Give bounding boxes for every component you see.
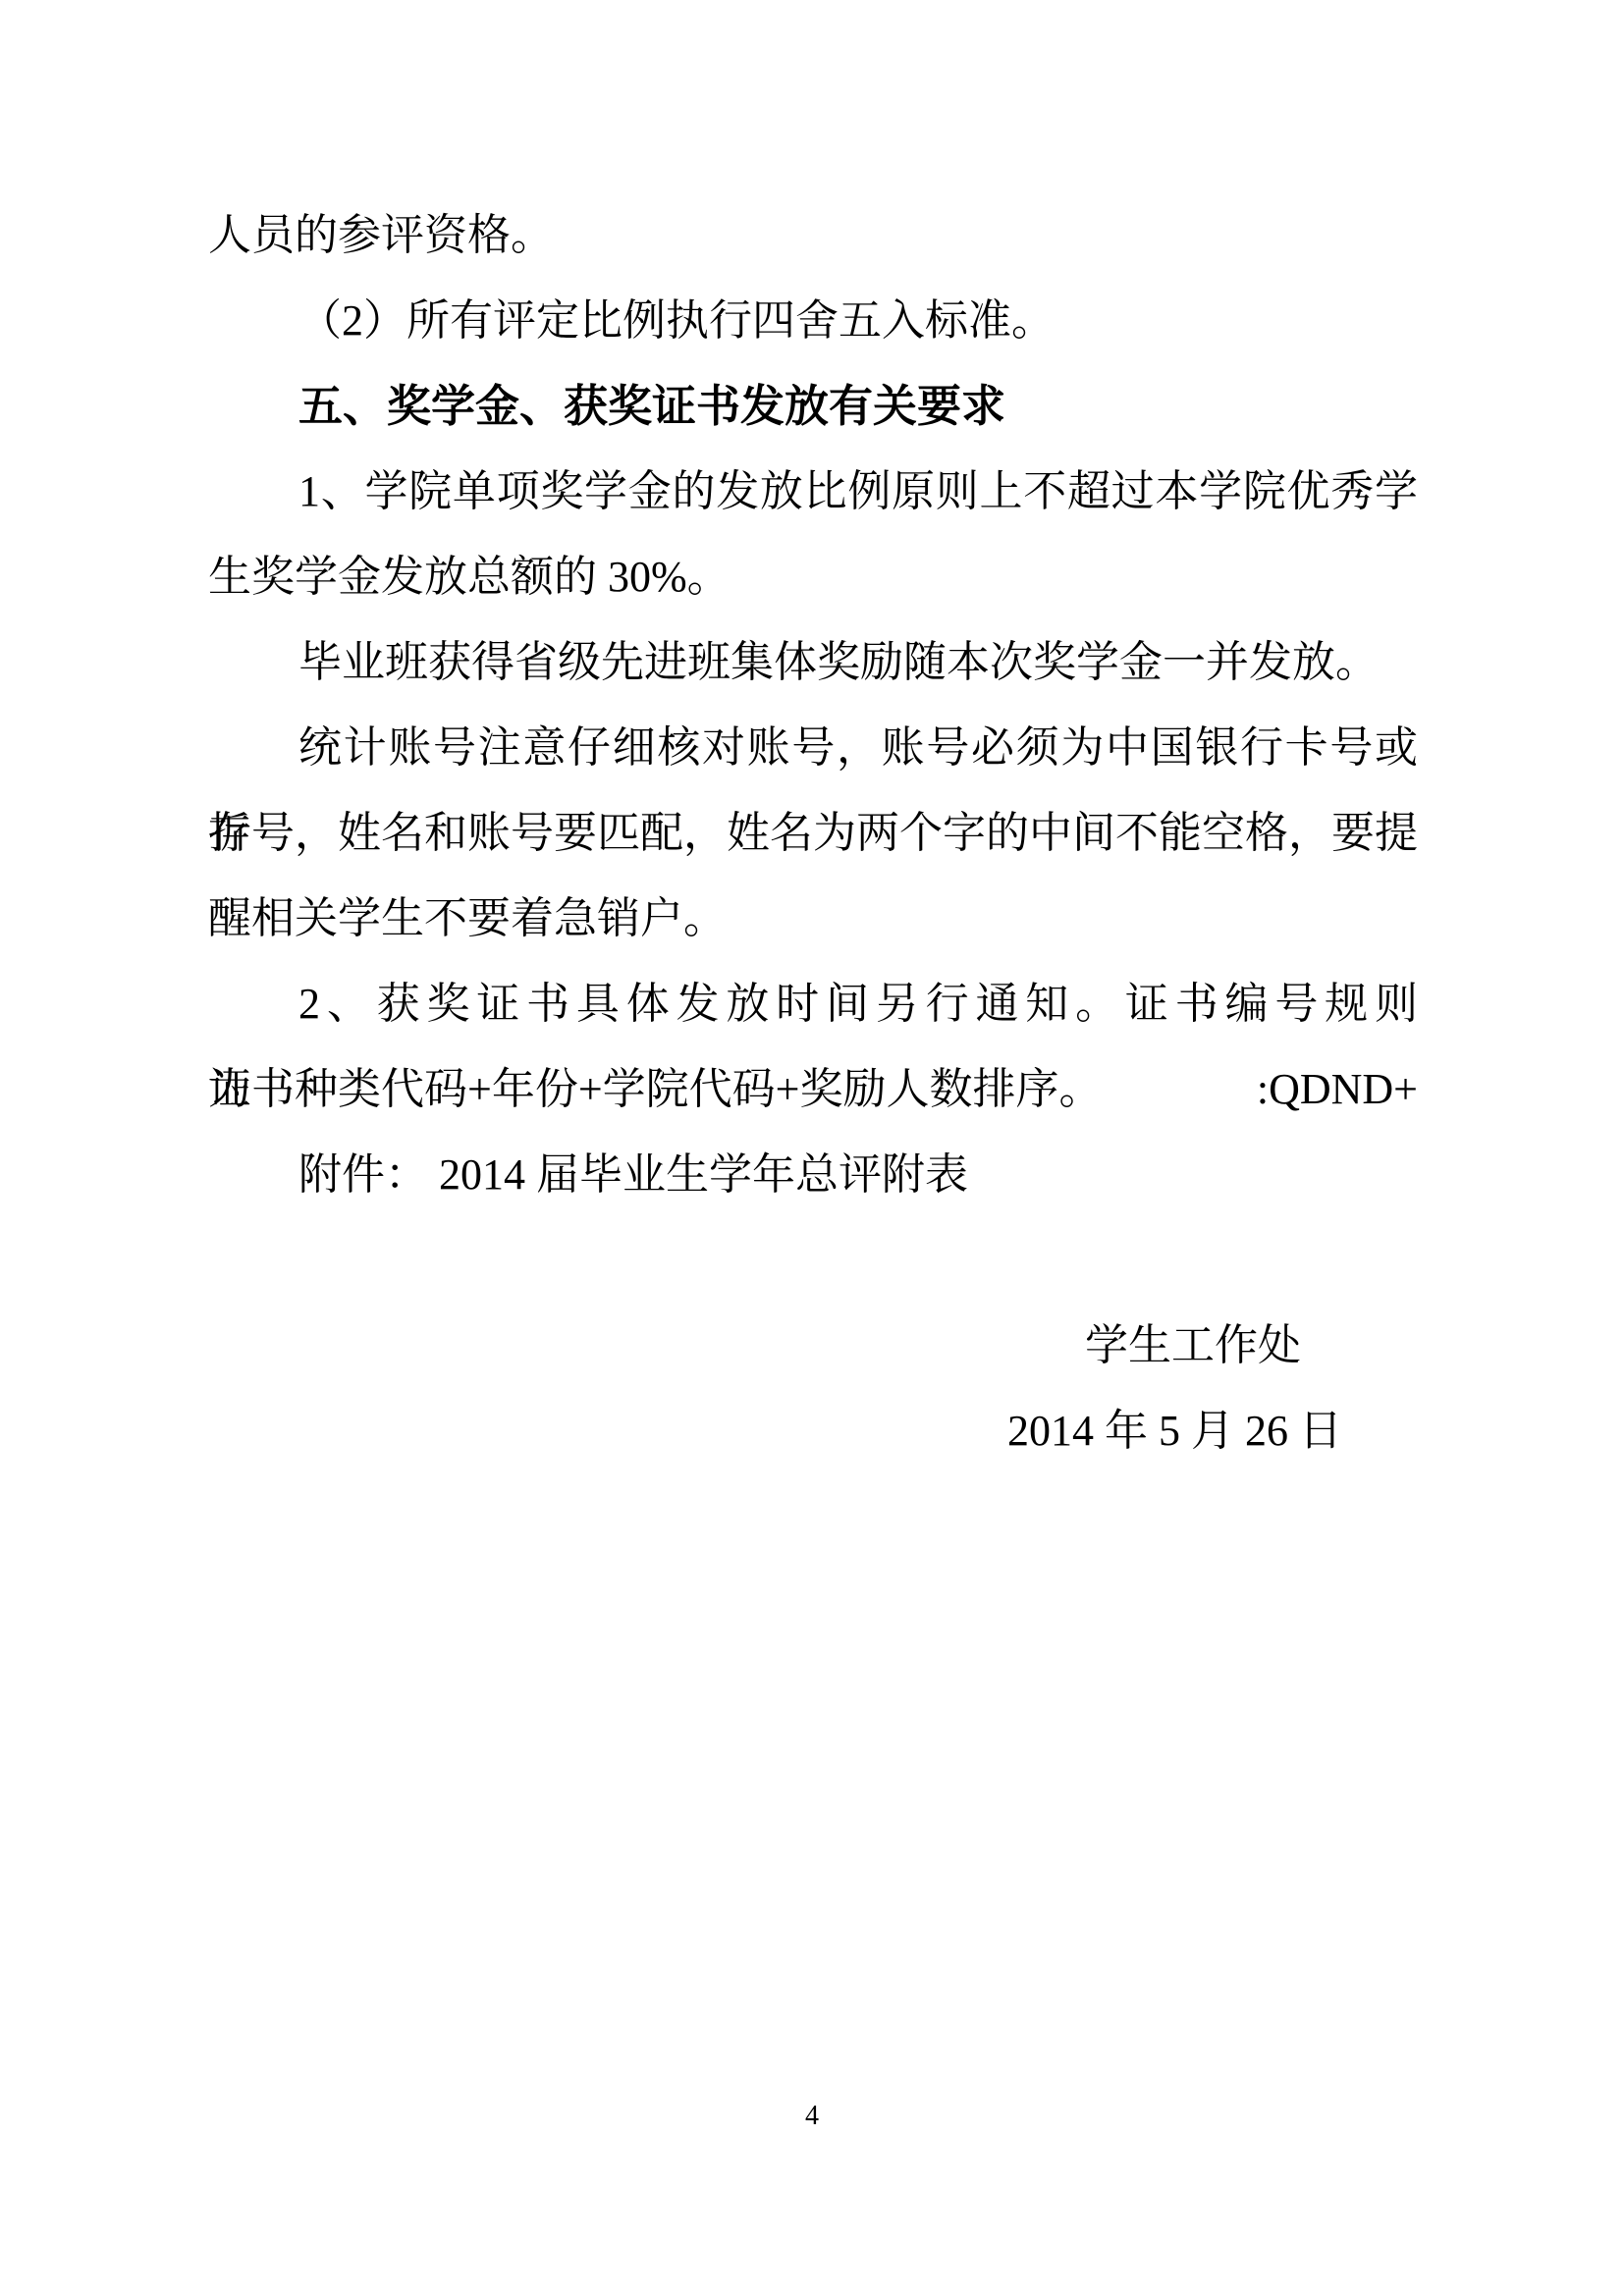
document-page: 人员的参评资格。 （2）所有评定比例执行四舍五入标准。 五、奖学金、获奖证书发放… xyxy=(0,0,1624,2296)
paragraph-tail-line: 人员的参评资格。 xyxy=(208,192,1418,278)
page-number: 4 xyxy=(0,2073,1624,2159)
document-body: 人员的参评资格。 （2）所有评定比例执行四舍五入标准。 五、奖学金、获奖证书发放… xyxy=(208,192,1418,1473)
item-1-line-a: 1、学院单项奖学金的发放比例原则上不超过本学院优秀学 xyxy=(208,449,1418,534)
account-check-line-b: 折号，姓名和账号要匹配，姓名为两个字的中间不能空格，要提 xyxy=(208,790,1418,876)
item-1-line-b: 生奖学金发放总额的 30%。 xyxy=(208,534,1418,619)
signature-date: 2014 年 5 月 26 日 xyxy=(208,1388,1418,1473)
item-2-line: （2）所有评定比例执行四舍五入标准。 xyxy=(208,278,1418,363)
item-2-certificate-line-a: 2、获奖证书具体发放时间另行通知。证书编号规则为:QDND+ xyxy=(208,961,1418,1046)
section-5-heading: 五、奖学金、获奖证书发放有关要求 xyxy=(208,363,1418,449)
account-check-line-c: 醒相关学生不要着急销户。 xyxy=(208,876,1418,961)
signature-organization: 学生工作处 xyxy=(208,1303,1418,1388)
attachment-line: 附件： 2014 届毕业生学年总评附表 xyxy=(208,1132,1418,1217)
account-check-line-a: 统计账号注意仔细核对账号，账号必须为中国银行卡号或存 xyxy=(208,705,1418,790)
blank-line xyxy=(208,1217,1418,1303)
graduating-class-line: 毕业班获得省级先进班集体奖励随本次奖学金一并发放。 xyxy=(208,619,1418,705)
